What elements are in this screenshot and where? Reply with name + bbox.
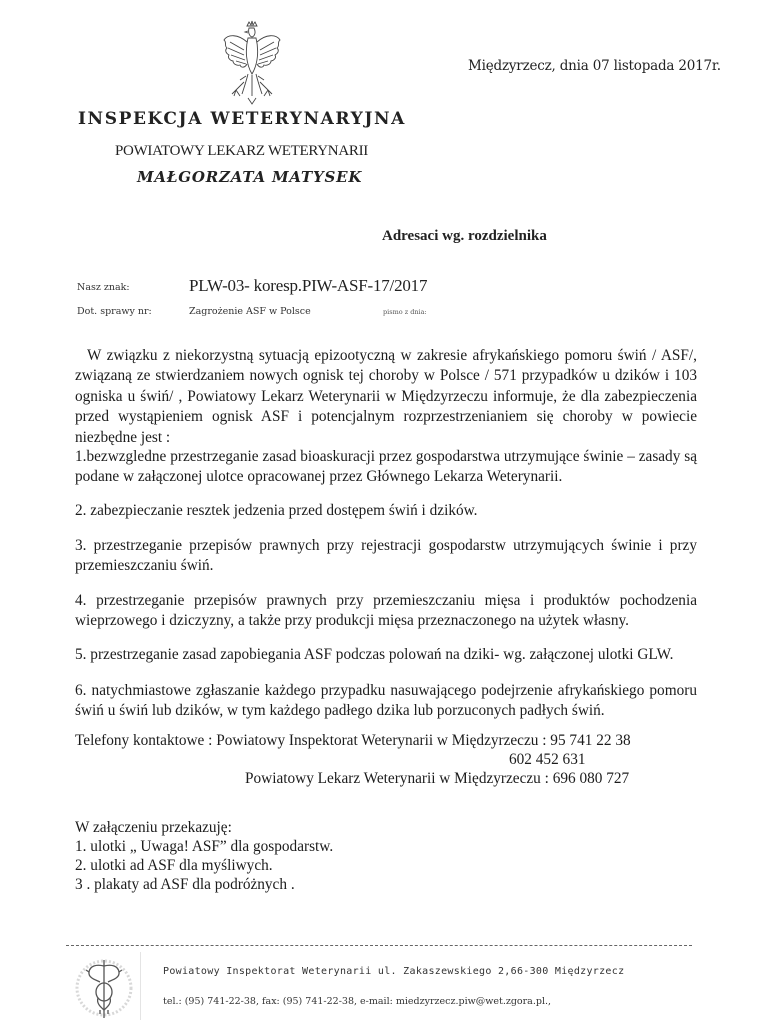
institution-title: INSPEKCJA WETERYNARYJNA	[78, 109, 406, 129]
attachment-item: 2. ulotki ad ASF dla myśliwych.	[75, 856, 333, 875]
contact-inspectorate: Powiatowy Inspektorat Weterynarii w Międ…	[216, 732, 630, 749]
contact-row-alt: 602 452 631	[75, 750, 631, 769]
contact-row-officer: Powiatowy Lekarz Weterynarii w Międzyrze…	[75, 769, 631, 788]
place-and-date: Międzyrzecz, dnia 07 listopada 2017r.	[468, 58, 721, 74]
officer-name: MAŁGORZATA MATYSEK	[137, 168, 362, 186]
footer-contact: tel.: (95) 741-22-38, fax: (95) 741-22-3…	[163, 996, 551, 1007]
contact-row-inspectorate: Telefony kontaktowe : Powiatowy Inspekto…	[75, 731, 631, 750]
list-item: 2. zabezpieczanie resztek jedzenia przed…	[75, 501, 697, 521]
case-value: Zagrożenie ASF w Polsce	[189, 306, 311, 317]
contact-alt-phone: 602 452 631	[509, 750, 585, 770]
footer-separator	[140, 952, 141, 1020]
contact-phones: Telefony kontaktowe : Powiatowy Inspekto…	[75, 731, 631, 788]
list-item-text: 1.bezwzgledne przestrzeganie zasad bioas…	[75, 447, 697, 488]
list-item-text: 5. przestrzeganie zasad zapobiegania ASF…	[75, 645, 697, 665]
polish-eagle-icon	[218, 20, 286, 106]
list-item: 4. przestrzeganie przepisów prawnych prz…	[75, 591, 697, 632]
list-item: 1.bezwzgledne przestrzeganie zasad bioas…	[75, 447, 697, 488]
office-title: POWIATOWY LEKARZ WETERYNARII	[115, 143, 368, 160]
contact-label: Telefony kontaktowe :	[75, 732, 212, 749]
attachment-item: 1. ulotki „ Uwaga! ASF” dla gospodarstw.	[75, 837, 333, 856]
attachments-heading: W załączeniu przekazuję:	[75, 818, 333, 837]
addressees: Adresaci wg. rozdzielnika	[382, 228, 547, 245]
letter-date-label: pismo z dnia:	[383, 308, 427, 316]
list-item: 3. przestrzeganie przepisów prawnych prz…	[75, 536, 697, 577]
attachments: W załączeniu przekazuję: 1. ulotki „ Uwa…	[75, 818, 333, 894]
contact-officer: Powiatowy Lekarz Weterynarii w Międzyrze…	[245, 769, 629, 789]
our-ref-label: Nasz znak:	[77, 282, 130, 293]
list-item-text: 3. przestrzeganie przepisów prawnych prz…	[75, 536, 697, 577]
intro-paragraph: W związku z niekorzystną sytuacją epizoo…	[75, 346, 697, 448]
intro-text: W związku z niekorzystną sytuacją epizoo…	[75, 346, 697, 448]
list-item: 5. przestrzeganie zasad zapobiegania ASF…	[75, 645, 697, 665]
caduceus-icon	[72, 952, 138, 1022]
list-item: 6. natychmiastowe zgłaszanie każdego prz…	[75, 681, 697, 722]
our-ref-value: PLW-03- koresp.PIW-ASF-17/2017	[189, 276, 427, 296]
list-item-text: 2. zabezpieczanie resztek jedzenia przed…	[75, 501, 697, 521]
case-label: Dot. sprawy nr:	[77, 306, 152, 317]
footer-divider	[66, 945, 692, 946]
footer-address: Powiatowy Inspektorat Weterynarii ul. Za…	[163, 966, 624, 977]
list-item-text: 4. przestrzeganie przepisów prawnych prz…	[75, 591, 697, 632]
list-item-text: 6. natychmiastowe zgłaszanie każdego prz…	[75, 681, 697, 722]
attachment-item: 3 . plakaty ad ASF dla podróżnych .	[75, 875, 333, 894]
